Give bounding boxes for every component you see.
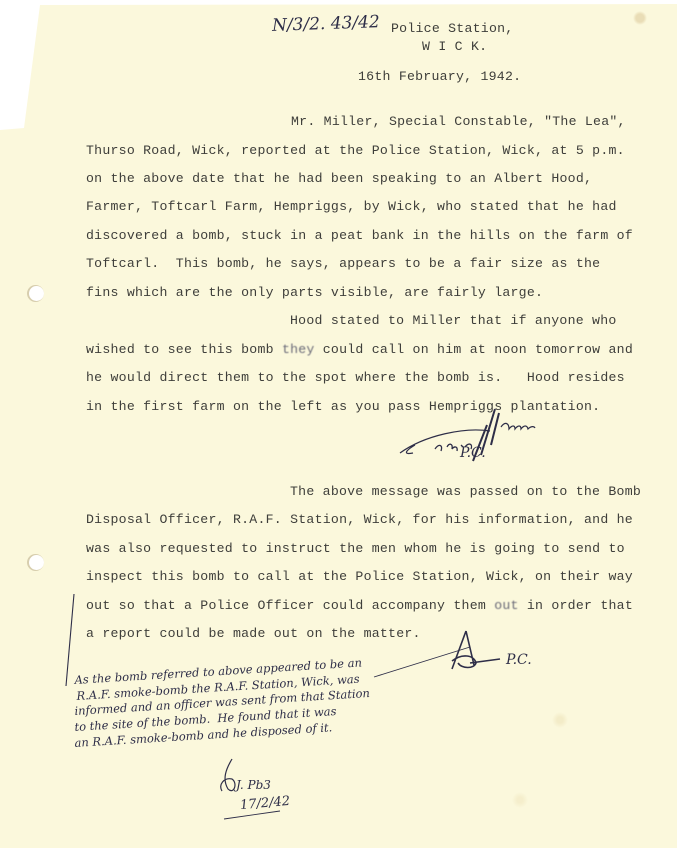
text-line: Hood stated to Miller that if anyone who [290, 307, 617, 336]
reference-number: N/3/2. 43/42 [272, 12, 380, 36]
text-segment: out so that a Police Officer could accom… [86, 598, 494, 613]
header-station: Police Station, [391, 20, 513, 38]
text-line: Farmer, Toftcarl Farm, Hempriggs, by Wic… [86, 193, 617, 222]
note-signature-icon [210, 755, 300, 830]
signature-1-icon [395, 405, 575, 480]
struck-out-word: out [494, 598, 519, 613]
text-line: The above message was passed on to the B… [290, 478, 641, 507]
text-line: discovered a bomb, stuck in a peat bank … [86, 222, 633, 251]
text-line: Mr. Miller, Special Constable, "The Lea"… [291, 108, 626, 137]
text-line: Disposal Officer, R.A.F. Station, Wick, … [86, 506, 633, 535]
text-line: inspect this bomb to call at the Police … [86, 563, 633, 592]
text-segment: wished to see this bomb [86, 342, 282, 357]
signature-2-rank: P.C. [506, 652, 532, 668]
text-line: out so that a Police Officer could accom… [86, 592, 633, 621]
text-segment: in order that [519, 598, 633, 613]
header-town: W I C K. [422, 38, 487, 56]
text-line: wished to see this bomb they could call … [86, 336, 633, 365]
header-date: 16th February, 1942. [358, 68, 521, 86]
text-line: he would direct them to the spot where t… [86, 364, 625, 393]
text-line: on the above date that he had been speak… [86, 165, 592, 194]
struck-out-word: they [282, 342, 315, 357]
text-line: was also requested to instruct the men w… [86, 535, 625, 564]
punch-hole-bottom [29, 555, 44, 570]
signature-1-rank: P.C. [460, 445, 486, 461]
punch-hole-top [29, 286, 44, 301]
text-line: Toftcarl. This bomb, he says, appears to… [86, 250, 600, 279]
note-signature: J. Pb3 [236, 778, 271, 792]
text-line: fins which are the only parts visible, a… [86, 279, 543, 308]
text-line: Thurso Road, Wick, reported at the Polic… [86, 137, 625, 166]
text-segment: could call on him at noon tomorrow and [315, 342, 633, 357]
